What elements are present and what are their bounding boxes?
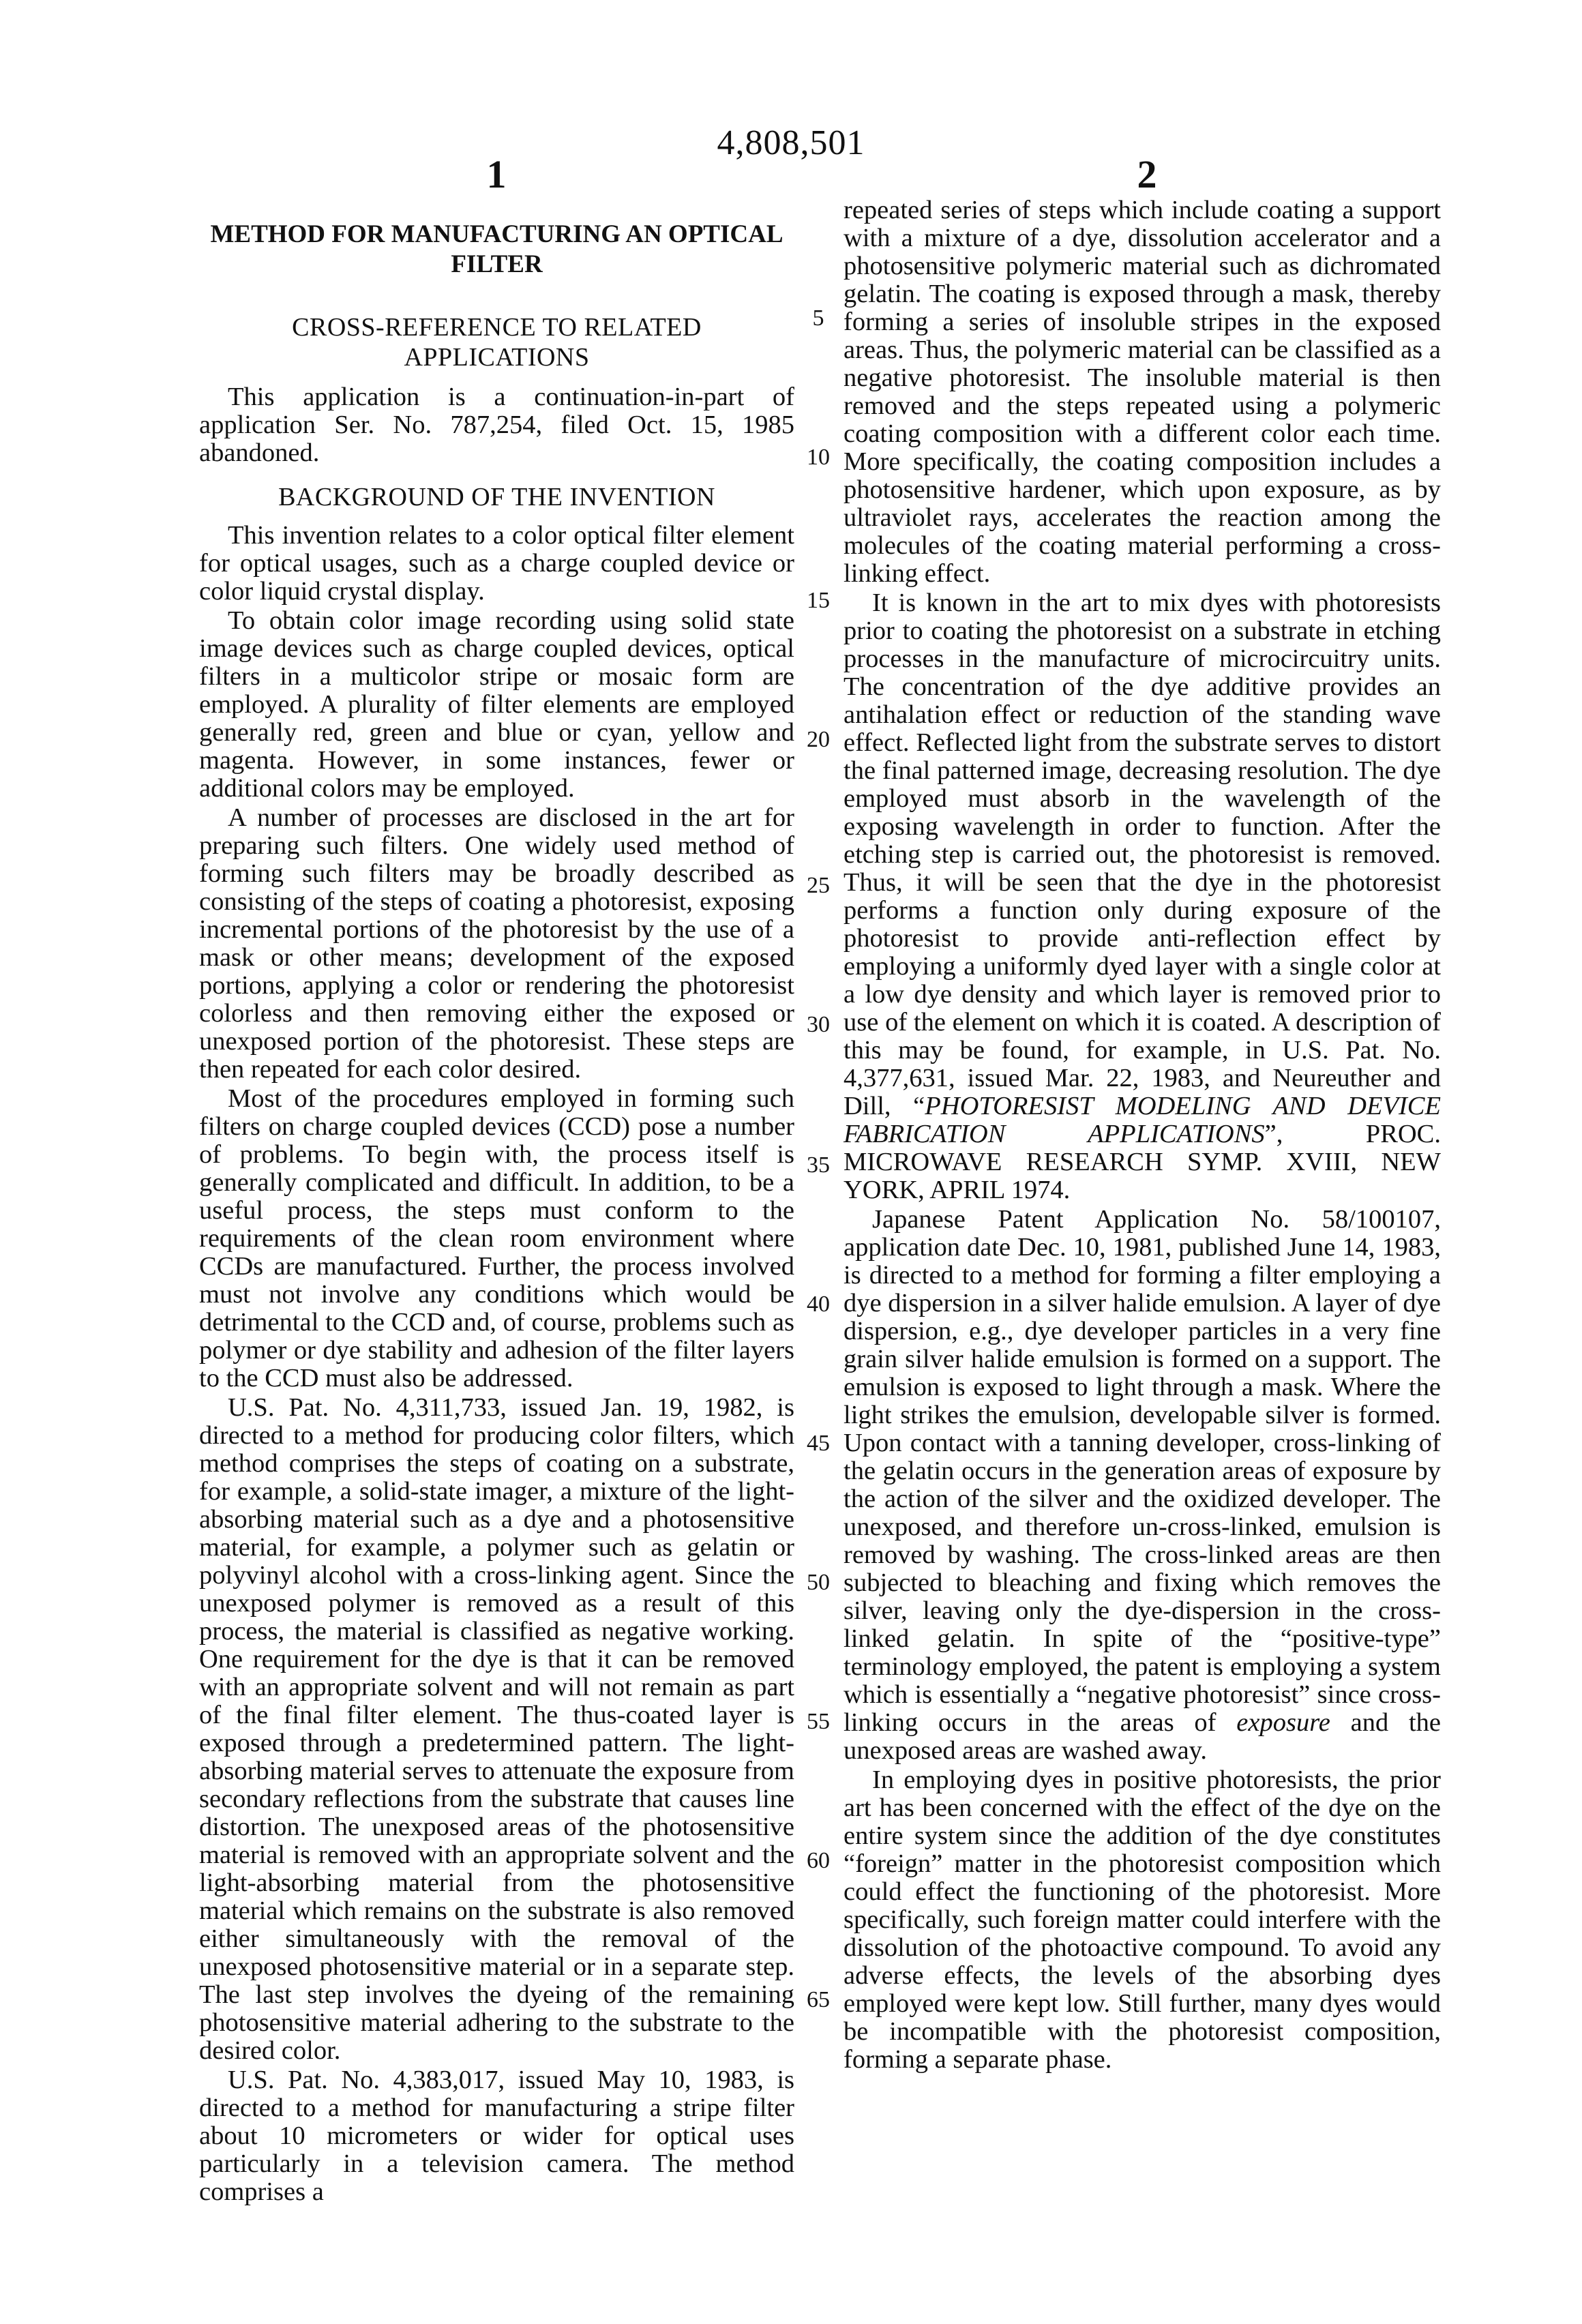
paragraph: U.S. Pat. No. 4,383,017, issued May 10, … — [199, 2066, 794, 2206]
column-number-right: 2 — [1113, 151, 1181, 197]
paragraph: It is known in the art to mix dyes with … — [844, 589, 1441, 1204]
line-number: 5 — [799, 306, 837, 331]
line-number: 20 — [799, 727, 837, 753]
document-title: METHOD FOR MANUFACTURING AN OPTICAL FILT… — [199, 220, 794, 280]
line-number: 45 — [799, 1431, 837, 1457]
line-number: 15 — [799, 588, 837, 614]
left-column: METHOD FOR MANUFACTURING AN OPTICAL FILT… — [199, 196, 794, 2207]
line-number: 25 — [799, 873, 837, 899]
italic-emphasis: exposure — [1236, 1708, 1330, 1737]
line-number: 40 — [799, 1292, 837, 1317]
paragraph: U.S. Pat. No. 4,311,733, issued Jan. 19,… — [199, 1394, 794, 2065]
paragraph-text: Japanese Patent Application No. 58/10010… — [844, 1205, 1441, 1737]
paragraph: Most of the procedures employed in formi… — [199, 1085, 794, 1392]
paragraph: Japanese Patent Application No. 58/10010… — [844, 1206, 1441, 1765]
line-number: 50 — [799, 1570, 837, 1596]
line-number: 65 — [799, 1987, 837, 2013]
paragraph: This invention relates to a color optica… — [199, 522, 794, 606]
paragraph-text: It is known in the art to mix dyes with … — [844, 589, 1441, 1120]
paragraph: A number of processes are disclosed in t… — [199, 804, 794, 1084]
line-number: 10 — [799, 445, 837, 471]
line-number: 60 — [799, 1848, 837, 1874]
line-number: 55 — [799, 1709, 837, 1735]
line-number: 35 — [799, 1152, 837, 1178]
patent-number: 4,808,501 — [0, 123, 1582, 163]
paragraph: In employing dyes in positive photoresis… — [844, 1766, 1441, 2074]
right-column: repeated series of steps which include c… — [844, 196, 1441, 2075]
cross-reference-heading: CROSS-REFERENCE TO RELATED APPLICATIONS — [199, 312, 794, 372]
column-number-left: 1 — [462, 151, 531, 197]
paragraph: To obtain color image recording using so… — [199, 607, 794, 803]
line-number: 30 — [799, 1012, 837, 1038]
cross-reference-paragraph: This application is a continuation-in-pa… — [199, 383, 794, 467]
background-heading: BACKGROUND OF THE INVENTION — [199, 482, 794, 512]
paragraph: repeated series of steps which include c… — [844, 196, 1441, 588]
